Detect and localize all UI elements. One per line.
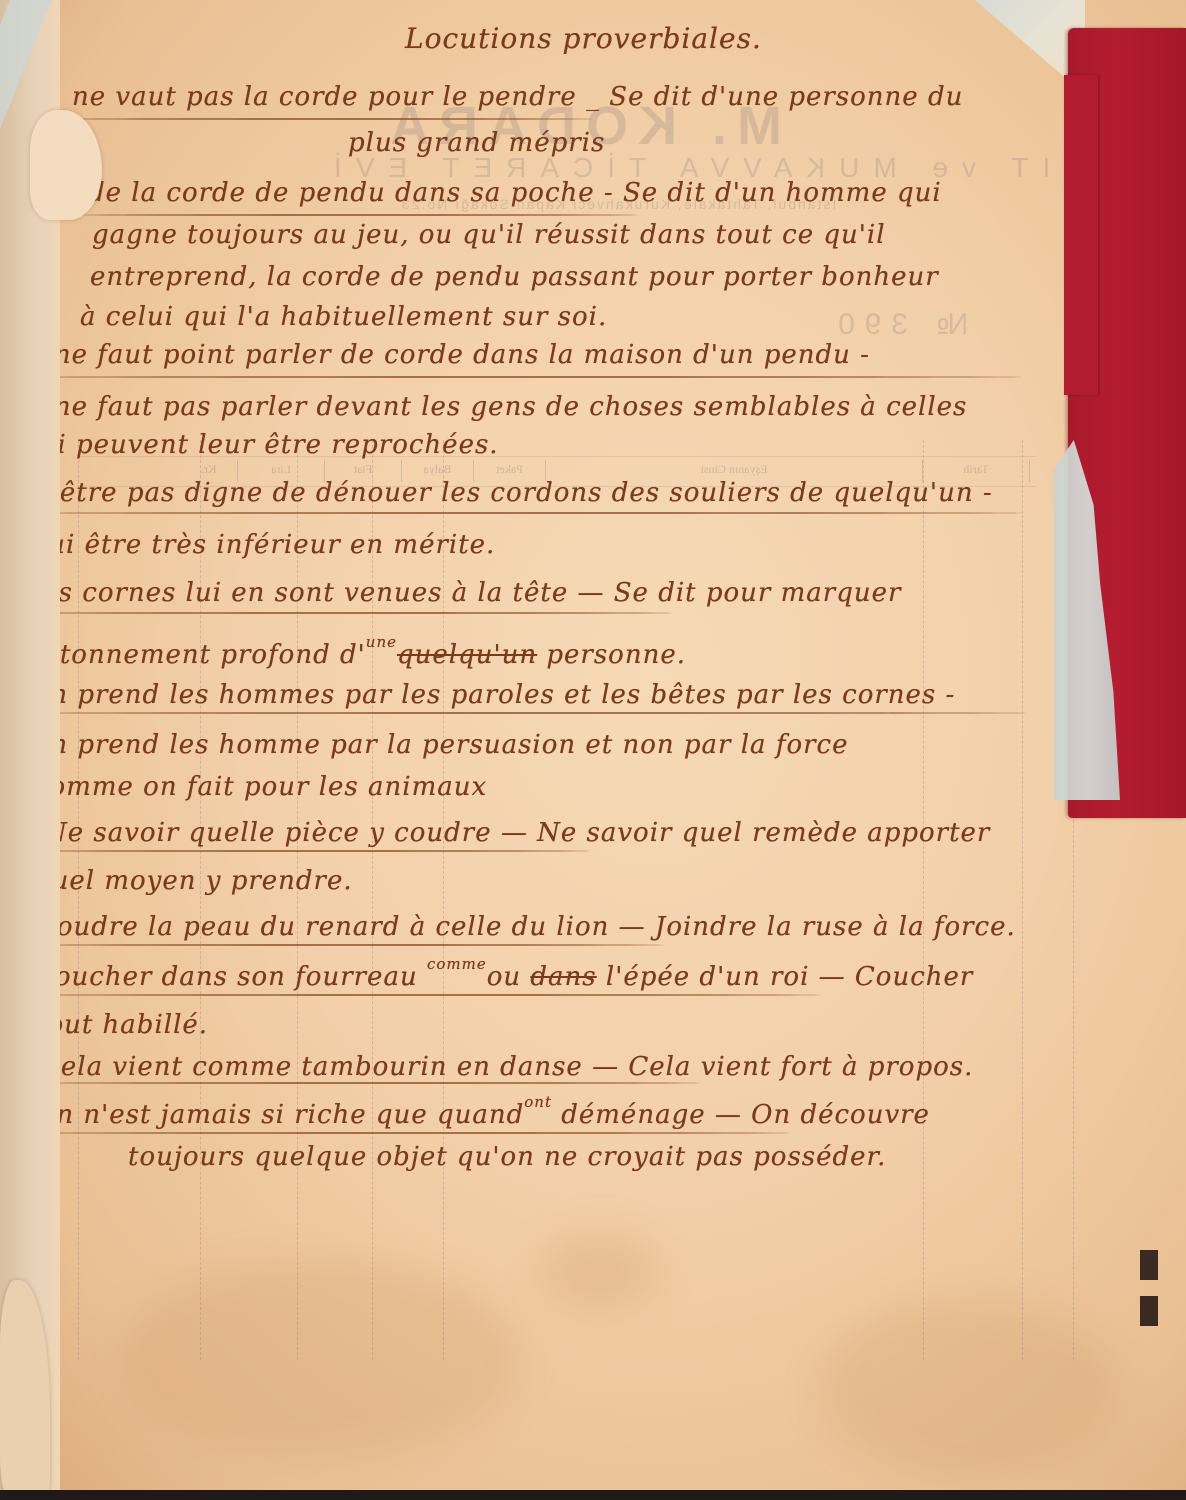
- binding-notch: [1140, 1250, 1158, 1280]
- proverb-line: l'étonnement profond d'unequelqu'un pers…: [26, 640, 686, 670]
- underline: [24, 512, 1024, 514]
- proverb-line: de la corde de pendu dans sa poche - Se …: [88, 178, 942, 208]
- inserted-word: ont: [524, 1093, 552, 1111]
- underline: [22, 612, 672, 614]
- proverb-line: entreprend, la corde de pendu passant po…: [90, 262, 939, 292]
- page-title: Locutions proverbiales.: [405, 22, 762, 55]
- line-text: déménage — On découvre: [552, 1100, 930, 1130]
- line-text: personne.: [537, 640, 686, 670]
- binding-notch: [1140, 1296, 1158, 1326]
- page-bottom-edge: [0, 1490, 1186, 1500]
- proverb-line: Coucher dans son fourreau commeou dans l…: [34, 962, 973, 992]
- proverb-line: Il ne faut point parler de corde dans la…: [24, 340, 870, 370]
- paper-layer: [0, 0, 60, 1500]
- inserted-word: une: [366, 633, 397, 651]
- torn-left-margin: [0, 0, 110, 1500]
- paper-stain: [820, 1300, 1120, 1480]
- underline: [30, 994, 820, 996]
- inserted-word: comme: [427, 955, 487, 973]
- underline: [30, 850, 590, 852]
- proverb-line: Les cornes lui en sont venues à la tête …: [24, 578, 901, 608]
- proverb-line: On prend les homme par la persuasion et …: [28, 730, 848, 760]
- struck-word: dans: [530, 962, 596, 992]
- manuscript-page: M. KODARA KÂĞIT ve MUKAVVA TİCARET EVİ İ…: [0, 0, 1186, 1500]
- proverb-line: N'être pas digne de dénouer les cordons …: [28, 478, 993, 508]
- proverb-line: toujours quelque objet qu'on ne croyait …: [128, 1142, 886, 1172]
- struck-word: quelqu'un: [397, 640, 537, 670]
- underline: [26, 712, 1026, 714]
- proverb-line: On n'est jamais si riche que quandont dé…: [34, 1100, 930, 1130]
- ledger-rule: [1073, 820, 1074, 1360]
- proverb-line: plus grand mépris: [348, 128, 605, 158]
- proverb-line: Coudre la peau du renard à celle du lion…: [36, 912, 1016, 942]
- proverb-line: Ne savoir quelle pièce y coudre — Ne sav…: [44, 818, 990, 848]
- proverb-line: gagne toujours au jeu, ou qu'il réussit …: [92, 220, 886, 250]
- line-text: ou: [487, 962, 521, 992]
- ledger-rule: [923, 440, 924, 1360]
- paper-stain: [540, 1230, 660, 1310]
- line-text: l'épée d'un roi — Coucher: [597, 962, 974, 992]
- proverb-line: On prend les hommes par les paroles et l…: [28, 680, 955, 710]
- torn-flap: [30, 110, 102, 220]
- underline: [34, 944, 664, 946]
- underline: [68, 118, 593, 120]
- underline: [30, 1132, 790, 1134]
- underline: [78, 214, 638, 216]
- red-binding-strip: [1064, 75, 1098, 395]
- ledger-rule: [1022, 440, 1023, 1360]
- proverb-line: Cela vient comme tambourin en danse — Ce…: [40, 1052, 973, 1082]
- proverb-line: ne vaut pas la corde pour le pendre _ Se…: [72, 82, 963, 112]
- proverb-line: à celui qui l'a habituellement sur soi.: [80, 302, 607, 332]
- underline: [40, 1082, 700, 1084]
- proverb-line: Il ne faut pas parler devant les gens de…: [24, 392, 967, 422]
- paper-stain: [120, 1260, 520, 1460]
- underline: [22, 376, 1022, 378]
- letterhead-number: № 390: [828, 308, 969, 342]
